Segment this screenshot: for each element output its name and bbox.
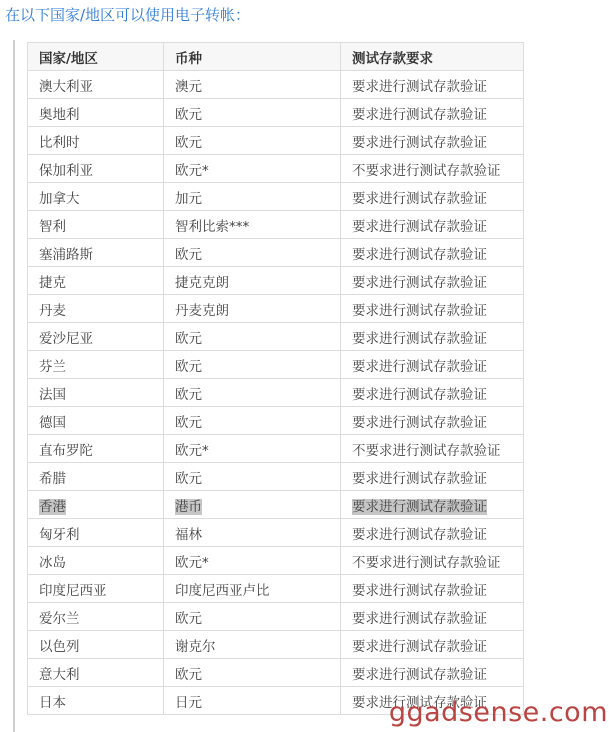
cell-country-text: 丹麦: [39, 303, 66, 319]
cell-currency: 欧元: [164, 379, 341, 407]
cell-country-text: 以色列: [39, 639, 80, 655]
cell-currency-text: 加元: [175, 191, 202, 207]
cell-requirement-text: 要求进行测试存款验证: [352, 135, 487, 151]
cell-country-text: 匈牙利: [39, 527, 80, 543]
cell-currency-text: 印度尼西亚卢比: [175, 583, 270, 599]
cell-requirement: 要求进行测试存款验证: [341, 463, 524, 491]
cell-requirement: 要求进行测试存款验证: [341, 323, 524, 351]
cell-requirement: 要求进行测试存款验证: [341, 127, 524, 155]
cell-currency-text: 福林: [175, 527, 202, 543]
cell-requirement: 要求进行测试存款验证: [341, 631, 524, 659]
cell-requirement: 要求进行测试存款验证: [341, 491, 524, 519]
cell-country: 香港: [28, 491, 164, 519]
cell-currency: 印度尼西亚卢比: [164, 575, 341, 603]
cell-country-text: 直布罗陀: [39, 443, 93, 459]
cell-country: 意大利: [28, 659, 164, 687]
cell-country: 加拿大: [28, 183, 164, 211]
table-row: 希腊欧元要求进行测试存款验证: [28, 463, 524, 491]
cell-currency-text: 欧元: [175, 471, 202, 487]
table-row: 芬兰欧元要求进行测试存款验证: [28, 351, 524, 379]
cell-requirement: 要求进行测试存款验证: [341, 211, 524, 239]
cell-country: 德国: [28, 407, 164, 435]
cell-requirement: 要求进行测试存款验证: [341, 379, 524, 407]
cell-requirement: 要求进行测试存款验证: [341, 71, 524, 99]
cell-currency-text: 澳元: [175, 79, 202, 95]
cell-currency: 欧元: [164, 407, 341, 435]
cell-requirement: 要求进行测试存款验证: [341, 239, 524, 267]
cell-requirement-text: 不要求进行测试存款验证: [352, 555, 501, 571]
cell-country-text: 德国: [39, 415, 66, 431]
cell-currency-text: 谢克尔: [175, 639, 216, 655]
table-row: 香港港币要求进行测试存款验证: [28, 491, 524, 519]
cell-requirement-text: 要求进行测试存款验证: [352, 415, 487, 431]
cell-currency: 欧元: [164, 323, 341, 351]
cell-country-text: 冰岛: [39, 555, 66, 571]
cell-requirement-text: 要求进行测试存款验证: [352, 219, 487, 235]
cell-requirement-text: 要求进行测试存款验证: [352, 303, 487, 319]
table-row: 比利时欧元要求进行测试存款验证: [28, 127, 524, 155]
cell-country: 捷克: [28, 267, 164, 295]
cell-country-text: 爱沙尼亚: [39, 331, 93, 347]
cell-currency-text: 欧元*: [175, 443, 209, 459]
cell-currency: 欧元*: [164, 155, 341, 183]
cell-country: 匈牙利: [28, 519, 164, 547]
table-row: 保加利亚欧元*不要求进行测试存款验证: [28, 155, 524, 183]
cell-requirement-text: 不要求进行测试存款验证: [352, 163, 501, 179]
cell-currency: 欧元: [164, 127, 341, 155]
table-row: 法国欧元要求进行测试存款验证: [28, 379, 524, 407]
cell-requirement: 不要求进行测试存款验证: [341, 155, 524, 183]
cell-currency-text: 欧元: [175, 387, 202, 403]
cell-requirement: 不要求进行测试存款验证: [341, 435, 524, 463]
cell-currency-text: 欧元*: [175, 163, 209, 179]
left-border-line: [13, 40, 15, 732]
header-requirement: 测试存款要求: [341, 43, 524, 71]
cell-country: 澳大利亚: [28, 71, 164, 99]
cell-currency: 欧元: [164, 659, 341, 687]
cell-requirement-text: 要求进行测试存款验证: [352, 527, 487, 543]
table-row: 加拿大加元要求进行测试存款验证: [28, 183, 524, 211]
table-header: 国家/地区 币种 测试存款要求: [28, 43, 524, 71]
cell-country-text: 智利: [39, 219, 66, 235]
cell-country-text: 印度尼西亚: [39, 583, 107, 599]
cell-currency: 欧元: [164, 351, 341, 379]
cell-country-text: 希腊: [39, 471, 66, 487]
page-title: 在以下国家/地区可以使用电子转帐：: [5, 4, 250, 25]
cell-currency: 谢克尔: [164, 631, 341, 659]
cell-requirement: 要求进行测试存款验证: [341, 99, 524, 127]
countries-table: 国家/地区 币种 测试存款要求 澳大利亚澳元要求进行测试存款验证奥地利欧元要求进…: [27, 42, 524, 715]
cell-currency: 欧元: [164, 603, 341, 631]
header-row: 国家/地区 币种 测试存款要求: [28, 43, 524, 71]
cell-country: 希腊: [28, 463, 164, 491]
cell-country-text: 日本: [39, 695, 66, 711]
cell-requirement-text: 要求进行测试存款验证: [352, 499, 487, 515]
cell-currency: 港币: [164, 491, 341, 519]
cell-currency-text: 捷克克朗: [175, 275, 229, 291]
cell-requirement: 不要求进行测试存款验证: [341, 547, 524, 575]
table-row: 智利智利比索***要求进行测试存款验证: [28, 211, 524, 239]
cell-country-text: 塞浦路斯: [39, 247, 93, 263]
cell-requirement-text: 不要求进行测试存款验证: [352, 443, 501, 459]
cell-requirement-text: 要求进行测试存款验证: [352, 247, 487, 263]
table-row: 爱沙尼亚欧元要求进行测试存款验证: [28, 323, 524, 351]
cell-country-text: 法国: [39, 387, 66, 403]
table-row: 丹麦丹麦克朗要求进行测试存款验证: [28, 295, 524, 323]
cell-currency-text: 欧元: [175, 359, 202, 375]
cell-requirement-text: 要求进行测试存款验证: [352, 611, 487, 627]
cell-currency-text: 智利比索***: [175, 219, 249, 235]
table-row: 澳大利亚澳元要求进行测试存款验证: [28, 71, 524, 99]
cell-currency-text: 日元: [175, 695, 202, 711]
cell-currency-text: 欧元: [175, 247, 202, 263]
table-row: 爱尔兰欧元要求进行测试存款验证: [28, 603, 524, 631]
cell-country-text: 加拿大: [39, 191, 80, 207]
table-row: 捷克捷克克朗要求进行测试存款验证: [28, 267, 524, 295]
cell-currency-text: 欧元: [175, 415, 202, 431]
cell-requirement-text: 要求进行测试存款验证: [352, 331, 487, 347]
cell-country: 保加利亚: [28, 155, 164, 183]
cell-country-text: 意大利: [39, 667, 80, 683]
table-row: 直布罗陀欧元*不要求进行测试存款验证: [28, 435, 524, 463]
cell-requirement-text: 要求进行测试存款验证: [352, 583, 487, 599]
cell-currency: 欧元: [164, 99, 341, 127]
table-row: 德国欧元要求进行测试存款验证: [28, 407, 524, 435]
cell-currency-text: 欧元: [175, 667, 202, 683]
cell-currency: 欧元*: [164, 547, 341, 575]
cell-country: 比利时: [28, 127, 164, 155]
header-country: 国家/地区: [28, 43, 164, 71]
cell-requirement-text: 要求进行测试存款验证: [352, 275, 487, 291]
cell-currency: 日元: [164, 687, 341, 715]
header-currency: 币种: [164, 43, 341, 71]
cell-currency: 欧元*: [164, 435, 341, 463]
table-body: 澳大利亚澳元要求进行测试存款验证奥地利欧元要求进行测试存款验证比利时欧元要求进行…: [28, 71, 524, 715]
cell-requirement: 要求进行测试存款验证: [341, 295, 524, 323]
cell-requirement-text: 要求进行测试存款验证: [352, 639, 487, 655]
cell-country: 塞浦路斯: [28, 239, 164, 267]
cell-currency: 丹麦克朗: [164, 295, 341, 323]
cell-requirement: 要求进行测试存款验证: [341, 183, 524, 211]
cell-requirement-text: 要求进行测试存款验证: [352, 191, 487, 207]
cell-currency-text: 欧元: [175, 107, 202, 123]
cell-requirement-text: 要求进行测试存款验证: [352, 79, 487, 95]
cell-country: 丹麦: [28, 295, 164, 323]
cell-currency: 欧元: [164, 463, 341, 491]
cell-currency: 福林: [164, 519, 341, 547]
table-row: 冰岛欧元*不要求进行测试存款验证: [28, 547, 524, 575]
cell-currency-text: 港币: [175, 499, 202, 515]
cell-currency-text: 欧元: [175, 331, 202, 347]
cell-country-text: 澳大利亚: [39, 79, 93, 95]
table-row: 塞浦路斯欧元要求进行测试存款验证: [28, 239, 524, 267]
cell-currency: 智利比索***: [164, 211, 341, 239]
cell-requirement: 要求进行测试存款验证: [341, 575, 524, 603]
cell-requirement: 要求进行测试存款验证: [341, 519, 524, 547]
cell-requirement: 要求进行测试存款验证: [341, 351, 524, 379]
cell-country-text: 香港: [39, 499, 66, 515]
table-row: 印度尼西亚印度尼西亚卢比要求进行测试存款验证: [28, 575, 524, 603]
cell-requirement-text: 要求进行测试存款验证: [352, 695, 487, 711]
cell-currency-text: 丹麦克朗: [175, 303, 229, 319]
cell-requirement: 要求进行测试存款验证: [341, 659, 524, 687]
cell-country-text: 奥地利: [39, 107, 80, 123]
cell-requirement-text: 要求进行测试存款验证: [352, 387, 487, 403]
table-row: 奥地利欧元要求进行测试存款验证: [28, 99, 524, 127]
cell-country-text: 捷克: [39, 275, 66, 291]
table-row: 日本日元要求进行测试存款验证: [28, 687, 524, 715]
cell-country: 智利: [28, 211, 164, 239]
cell-requirement-text: 要求进行测试存款验证: [352, 667, 487, 683]
cell-currency: 加元: [164, 183, 341, 211]
cell-country-text: 比利时: [39, 135, 80, 151]
cell-requirement: 要求进行测试存款验证: [341, 407, 524, 435]
cell-currency-text: 欧元: [175, 611, 202, 627]
cell-country: 印度尼西亚: [28, 575, 164, 603]
cell-country: 法国: [28, 379, 164, 407]
cell-country: 爱尔兰: [28, 603, 164, 631]
cell-currency-text: 欧元: [175, 135, 202, 151]
cell-currency-text: 欧元*: [175, 555, 209, 571]
cell-country: 芬兰: [28, 351, 164, 379]
cell-requirement: 要求进行测试存款验证: [341, 267, 524, 295]
cell-requirement-text: 要求进行测试存款验证: [352, 359, 487, 375]
cell-country: 直布罗陀: [28, 435, 164, 463]
table-row: 匈牙利福林要求进行测试存款验证: [28, 519, 524, 547]
cell-country: 日本: [28, 687, 164, 715]
cell-country: 冰岛: [28, 547, 164, 575]
cell-requirement: 要求进行测试存款验证: [341, 603, 524, 631]
cell-country-text: 保加利亚: [39, 163, 93, 179]
cell-country: 奥地利: [28, 99, 164, 127]
cell-country: 爱沙尼亚: [28, 323, 164, 351]
table-row: 以色列谢克尔要求进行测试存款验证: [28, 631, 524, 659]
cell-requirement-text: 要求进行测试存款验证: [352, 471, 487, 487]
cell-currency: 澳元: [164, 71, 341, 99]
cell-requirement-text: 要求进行测试存款验证: [352, 107, 487, 123]
cell-country-text: 爱尔兰: [39, 611, 80, 627]
cell-country: 以色列: [28, 631, 164, 659]
cell-country-text: 芬兰: [39, 359, 66, 375]
cell-currency: 欧元: [164, 239, 341, 267]
cell-requirement: 要求进行测试存款验证: [341, 687, 524, 715]
cell-currency: 捷克克朗: [164, 267, 341, 295]
table-row: 意大利欧元要求进行测试存款验证: [28, 659, 524, 687]
